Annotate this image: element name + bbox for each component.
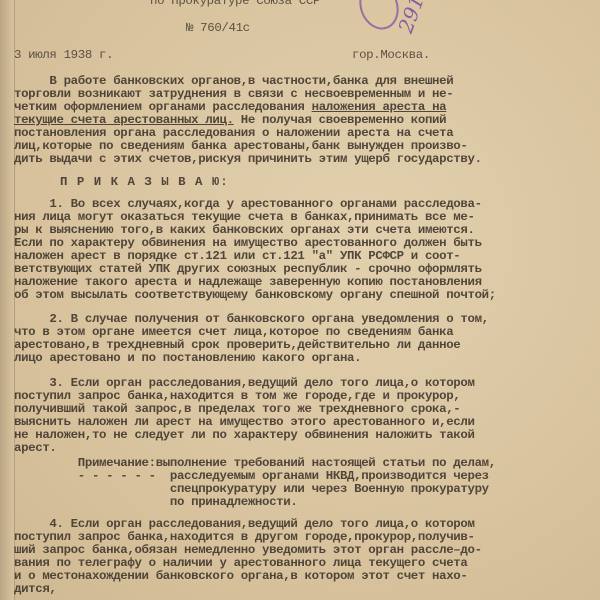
item-line: не наложен,то не следует ли по характеру… [14, 429, 475, 442]
order-number: № 760/41с [186, 22, 250, 35]
document-place: гор.Москва. [352, 49, 430, 62]
preamble-text: четким оформлением органами расследовани… [14, 100, 312, 114]
page-binding-edge [0, 0, 15, 600]
document-date: 3 июля 1938 г. [14, 49, 113, 62]
order-heading: П Р И К А З Ы В А Ю: [60, 176, 229, 189]
item-line: лицо арестовано и по постановлению каког… [14, 352, 361, 365]
item-line: и о местонахождении банковского органа,в… [14, 570, 467, 583]
preamble-text: Не получая своевременно копий [234, 113, 447, 127]
item-line: дится, [14, 583, 57, 596]
preamble-line: дить выдачи с этих счетов,рискуя причини… [14, 153, 482, 166]
underlined-text: текущие счета арестованных лиц. [14, 113, 234, 127]
document-page: по Прокуратуре Союза ССР № 760/41с 291 3… [0, 0, 600, 600]
note-line: по принадлежности. [14, 496, 297, 509]
underlined-text: наложения ареста на [312, 100, 447, 114]
item-line: арест. [14, 442, 57, 455]
header-top: по Прокуратуре Союза ССР [150, 0, 320, 8]
item-line: об этом высылать соответствующему банков… [14, 289, 496, 302]
